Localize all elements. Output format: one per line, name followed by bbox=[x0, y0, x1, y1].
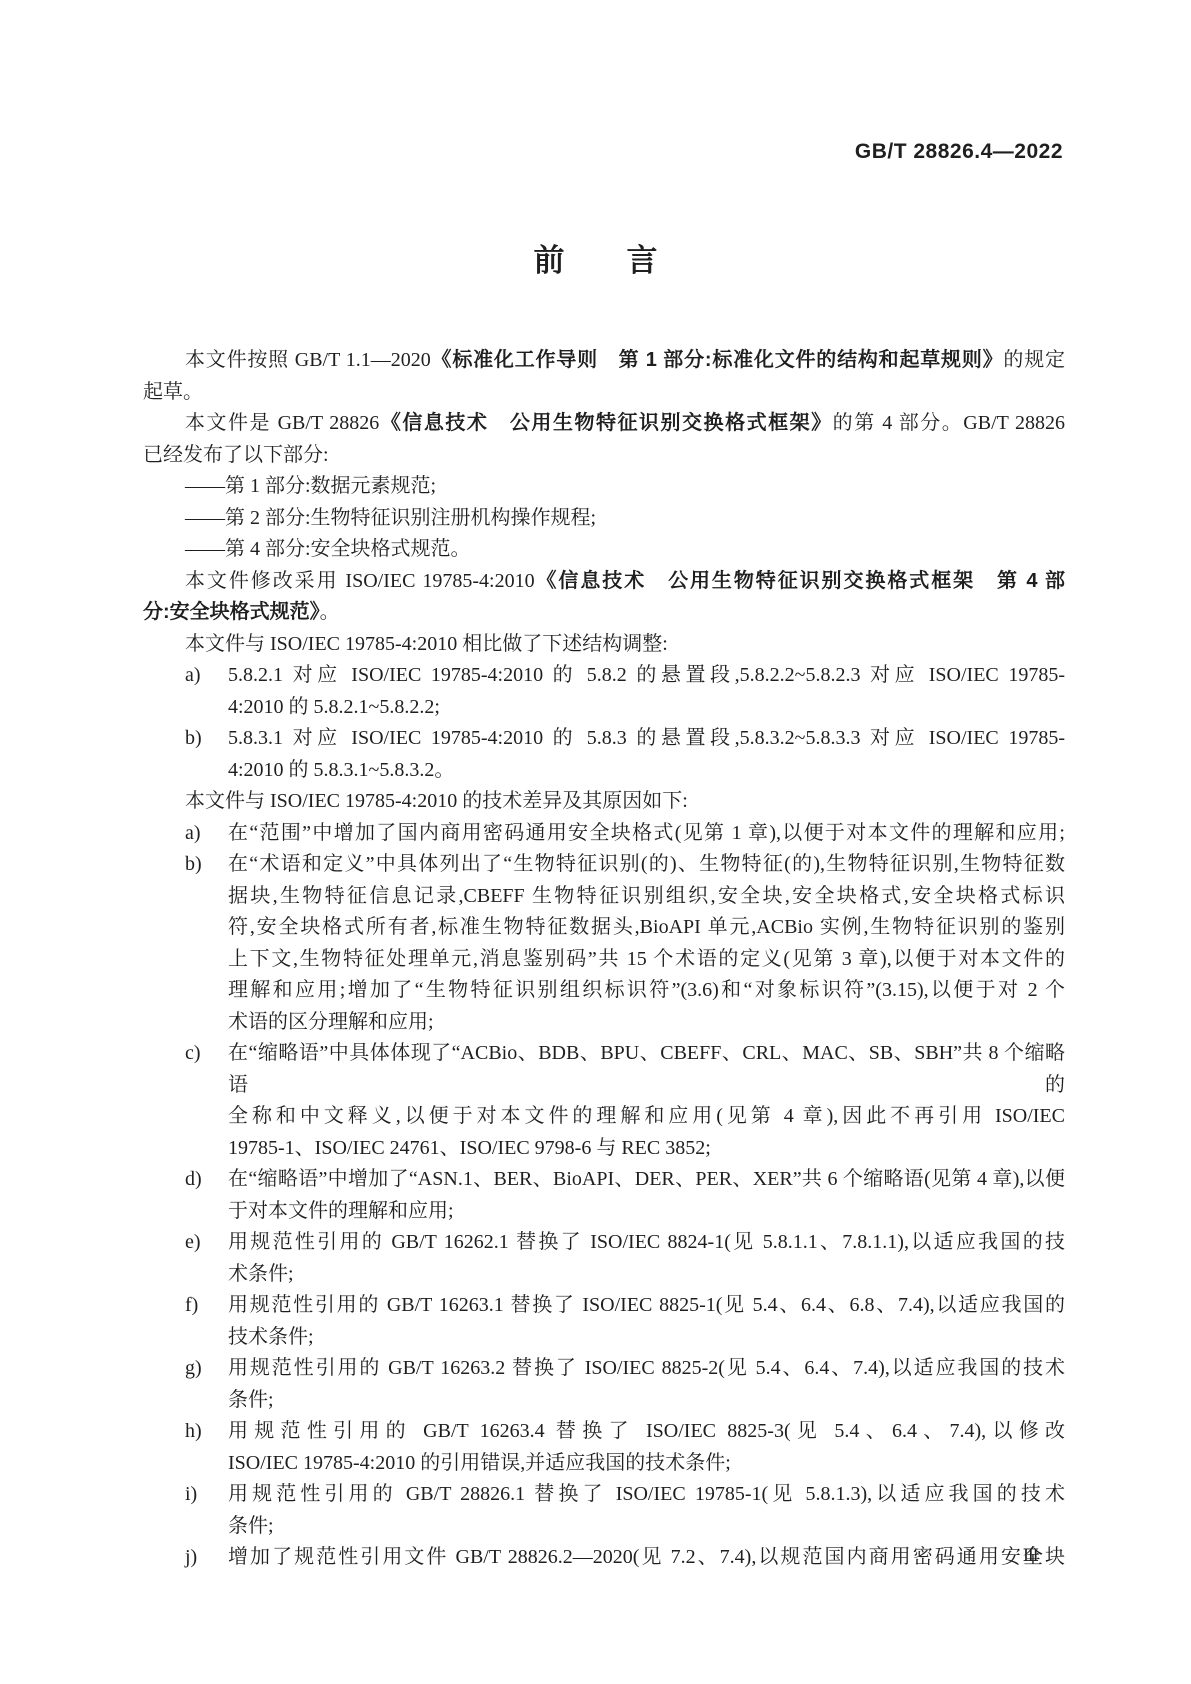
text-line: 理解和应用;增加了“生物特征识别组织标识符”(3.6)和“对象标识符”(3.15… bbox=[228, 975, 1065, 1007]
text-line: 符,安全块格式所有者,标准生物特征数据头,BioAPI 单元,ACBio 实例,… bbox=[228, 912, 1065, 944]
text-segment: 条件; bbox=[228, 1515, 274, 1537]
text-segment: 。 bbox=[320, 601, 340, 623]
cited-standard-title: 《标准化工作导则 第 1 部分:标准化文件的结构和起草规则》 bbox=[431, 349, 1004, 371]
text-segment: 在“缩略语”中具体体现了“ACBio、BDB、BPU、CBEFF、CRL、MAC… bbox=[228, 1042, 1065, 1096]
text-line: 技术条件; bbox=[228, 1322, 1065, 1354]
text-line: 本文件是 GB/T 28826《信息技术 公用生物特征识别交换格式框架》的第 4… bbox=[185, 408, 1065, 440]
list-item-label: e) bbox=[185, 1227, 228, 1259]
text-segment: 用规范性引用的 GB/T 16263.2 替换了 ISO/IEC 8825-2(… bbox=[228, 1357, 1065, 1379]
text-segment: 本文件与 ISO/IEC 19785-4:2010 的技术差异及其原因如下: bbox=[185, 790, 688, 812]
text-segment: 已经发布了以下部分: bbox=[143, 444, 329, 466]
text-segment: 术语的区分理解和应用; bbox=[228, 1011, 434, 1033]
text-line: 本文件与 ISO/IEC 19785-4:2010 的技术差异及其原因如下: bbox=[185, 786, 1065, 818]
text-line: 4:2010 的 5.8.2.1~5.8.2.2; bbox=[228, 692, 1065, 724]
list-item-label: a) bbox=[185, 818, 228, 850]
text-segment: 用规范性引用的 GB/T 16262.1 替换了 ISO/IEC 8824-1(… bbox=[228, 1231, 1065, 1253]
text-segment: 增加了规范性引用文件 GB/T 28826.2—2020(见 7.2、7.4),… bbox=[228, 1546, 1065, 1568]
text-line: 19785-1、ISO/IEC 24761、ISO/IEC 9798-6 与 R… bbox=[228, 1133, 1065, 1165]
text-segment: 4:2010 的 5.8.3.1~5.8.3.2。 bbox=[228, 759, 454, 781]
list-item-text: 用规范性引用的 GB/T 16263.1 替换了 ISO/IEC 8825-1(… bbox=[228, 1290, 1065, 1322]
text-segment: ——第 1 部分:数据元素规范; bbox=[185, 475, 436, 497]
text-segment: ——第 4 部分:安全块格式规范。 bbox=[185, 538, 471, 560]
text-line: a)在“范围”中增加了国内商用密码通用安全块格式(见第 1 章),以便于对本文件… bbox=[185, 818, 1065, 850]
text-segment: 上下文,生物特征处理单元,消息鉴别码”共 15 个术语的定义(见第 3 章),以… bbox=[228, 948, 1065, 970]
text-segment: 技术条件; bbox=[228, 1326, 314, 1348]
text-line: b)5.8.3.1 对应 ISO/IEC 19785-4:2010 的 5.8.… bbox=[185, 723, 1065, 755]
text-segment: 本文件修改采用 ISO/IEC 19785-4:2010 bbox=[185, 570, 535, 592]
text-line: ——第 2 部分:生物特征识别注册机构操作规程; bbox=[185, 503, 1065, 535]
text-segment: 用规范性引用的 GB/T 16263.1 替换了 ISO/IEC 8825-1(… bbox=[228, 1294, 1065, 1316]
text-line: a)5.8.2.1 对应 ISO/IEC 19785-4:2010 的 5.8.… bbox=[185, 660, 1065, 692]
text-segment: 5.8.2.1 对应 ISO/IEC 19785-4:2010 的 5.8.2 … bbox=[228, 664, 1065, 686]
text-segment: 5.8.3.1 对应 ISO/IEC 19785-4:2010 的 5.8.3 … bbox=[228, 727, 1065, 749]
list-item-label: a) bbox=[185, 660, 228, 692]
text-segment: 全称和中文释义,以便于对本文件的理解和应用(见第 4 章),因此不再引用 ISO… bbox=[228, 1105, 1065, 1127]
text-segment: 符,安全块格式所有者,标准生物特征数据头,BioAPI 单元,ACBio 实例,… bbox=[228, 916, 1065, 938]
text-line: 条件; bbox=[228, 1511, 1065, 1543]
text-line: 据块,生物特征信息记录,CBEFF 生物特征识别组织,安全块,安全块格式,安全块… bbox=[228, 881, 1065, 913]
list-item-label: d) bbox=[185, 1164, 228, 1196]
text-segment: 本文件是 GB/T 28826 bbox=[185, 412, 379, 434]
text-segment: 在“术语和定义”中具体列出了“生物特征识别(的)、生物特征(的),生物特征识别,… bbox=[228, 853, 1065, 875]
list-item-text: 用规范性引用的 GB/T 16263.2 替换了 ISO/IEC 8825-2(… bbox=[228, 1353, 1065, 1385]
cited-standard-title: 分:安全块格式规范》 bbox=[143, 601, 320, 623]
text-segment: 于对本文件的理解和应用; bbox=[228, 1200, 454, 1222]
text-line: 上下文,生物特征处理单元,消息鉴别码”共 15 个术语的定义(见第 3 章),以… bbox=[228, 944, 1065, 976]
list-item-text: 在“缩略语”中增加了“ASN.1、BER、BioAPI、DER、PER、XER”… bbox=[228, 1164, 1065, 1196]
list-item-label: j) bbox=[185, 1542, 228, 1574]
list-item-text: 5.8.2.1 对应 ISO/IEC 19785-4:2010 的 5.8.2 … bbox=[228, 660, 1065, 692]
text-line: b)在“术语和定义”中具体列出了“生物特征识别(的)、生物特征(的),生物特征识… bbox=[185, 849, 1065, 881]
list-item-label: i) bbox=[185, 1479, 228, 1511]
text-line: h)用规范性引用的 GB/T 16263.4 替换了 ISO/IEC 8825-… bbox=[185, 1416, 1065, 1448]
text-line: c)在“缩略语”中具体体现了“ACBio、BDB、BPU、CBEFF、CRL、M… bbox=[185, 1038, 1065, 1101]
text-segment: 理解和应用;增加了“生物特征识别组织标识符”(3.6)和“对象标识符”(3.15… bbox=[228, 979, 1065, 1001]
text-segment: ——第 2 部分:生物特征识别注册机构操作规程; bbox=[185, 507, 596, 529]
foreword-lines: 本文件按照 GB/T 1.1—2020《标准化工作导则 第 1 部分:标准化文件… bbox=[143, 345, 1065, 1574]
text-segment: 本文件与 ISO/IEC 19785-4:2010 相比做了下述结构调整: bbox=[185, 633, 668, 655]
document-page: GB/T 28826.4—2022 前 言 本文件按照 GB/T 1.1—202… bbox=[0, 0, 1191, 1684]
text-line: e)用规范性引用的 GB/T 16262.1 替换了 ISO/IEC 8824-… bbox=[185, 1227, 1065, 1259]
doc-number: GB/T 28826.4—2022 bbox=[855, 140, 1063, 164]
text-line: 4:2010 的 5.8.3.1~5.8.3.2。 bbox=[228, 755, 1065, 787]
text-segment: 条件; bbox=[228, 1389, 274, 1411]
text-line: 起草。 bbox=[143, 377, 1065, 409]
text-line: 本文件修改采用 ISO/IEC 19785-4:2010《信息技术 公用生物特征… bbox=[185, 566, 1065, 598]
text-line: ——第 4 部分:安全块格式规范。 bbox=[185, 534, 1065, 566]
text-segment: 起草。 bbox=[143, 381, 203, 403]
text-line: g)用规范性引用的 GB/T 16263.2 替换了 ISO/IEC 8825-… bbox=[185, 1353, 1065, 1385]
text-segment: 在“范围”中增加了国内商用密码通用安全块格式(见第 1 章),以便于对本文件的理… bbox=[228, 822, 1065, 844]
list-item-text: 用规范性引用的 GB/T 16262.1 替换了 ISO/IEC 8824-1(… bbox=[228, 1227, 1065, 1259]
text-line: ISO/IEC 19785-4:2010 的引用错误,并适应我国的技术条件; bbox=[228, 1448, 1065, 1480]
list-item-text: 在“术语和定义”中具体列出了“生物特征识别(的)、生物特征(的),生物特征识别,… bbox=[228, 849, 1065, 881]
text-segment: 本文件按照 GB/T 1.1—2020 bbox=[185, 349, 431, 371]
list-item-text: 用规范性引用的 GB/T 16263.4 替换了 ISO/IEC 8825-3(… bbox=[228, 1416, 1065, 1448]
cited-standard-title: 《信息技术 公用生物特征识别交换格式框架》 bbox=[379, 412, 832, 434]
text-segment: ISO/IEC 19785-4:2010 的引用错误,并适应我国的技术条件; bbox=[228, 1452, 731, 1474]
text-line: 于对本文件的理解和应用; bbox=[228, 1196, 1065, 1228]
list-item-label: c) bbox=[185, 1038, 228, 1101]
text-line: f)用规范性引用的 GB/T 16263.1 替换了 ISO/IEC 8825-… bbox=[185, 1290, 1065, 1322]
text-line: 分:安全块格式规范》。 bbox=[143, 597, 1065, 629]
list-item-text: 增加了规范性引用文件 GB/T 28826.2—2020(见 7.2、7.4),… bbox=[228, 1542, 1065, 1574]
text-line: 全称和中文释义,以便于对本文件的理解和应用(见第 4 章),因此不再引用 ISO… bbox=[228, 1101, 1065, 1133]
text-segment: 的规定 bbox=[1003, 349, 1065, 371]
foreword-body: 本文件按照 GB/T 1.1—2020《标准化工作导则 第 1 部分:标准化文件… bbox=[143, 345, 1065, 1574]
text-segment: 用规范性引用的 GB/T 16263.4 替换了 ISO/IEC 8825-3(… bbox=[228, 1420, 1065, 1442]
text-line: 术条件; bbox=[228, 1259, 1065, 1291]
list-item-label: b) bbox=[185, 723, 228, 755]
list-item-label: b) bbox=[185, 849, 228, 881]
text-line: i)用规范性引用的 GB/T 28826.1 替换了 ISO/IEC 19785… bbox=[185, 1479, 1065, 1511]
text-segment: 4:2010 的 5.8.2.1~5.8.2.2; bbox=[228, 696, 440, 718]
text-line: d)在“缩略语”中增加了“ASN.1、BER、BioAPI、DER、PER、XE… bbox=[185, 1164, 1065, 1196]
text-line: ——第 1 部分:数据元素规范; bbox=[185, 471, 1065, 503]
text-line: 条件; bbox=[228, 1385, 1065, 1417]
text-segment: 在“缩略语”中增加了“ASN.1、BER、BioAPI、DER、PER、XER”… bbox=[228, 1168, 1065, 1190]
list-item-text: 用规范性引用的 GB/T 28826.1 替换了 ISO/IEC 19785-1… bbox=[228, 1479, 1065, 1511]
text-segment: 据块,生物特征信息记录,CBEFF 生物特征识别组织,安全块,安全块格式,安全块… bbox=[228, 885, 1065, 907]
text-line: 本文件与 ISO/IEC 19785-4:2010 相比做了下述结构调整: bbox=[185, 629, 1065, 661]
text-segment: 19785-1、ISO/IEC 24761、ISO/IEC 9798-6 与 R… bbox=[228, 1137, 711, 1159]
text-segment: 术条件; bbox=[228, 1263, 294, 1285]
list-item-text: 5.8.3.1 对应 ISO/IEC 19785-4:2010 的 5.8.3 … bbox=[228, 723, 1065, 755]
cited-standard-title: 《信息技术 公用生物特征识别交换格式框架 第 4 部 bbox=[535, 570, 1065, 592]
list-item-text: 在“范围”中增加了国内商用密码通用安全块格式(见第 1 章),以便于对本文件的理… bbox=[228, 818, 1065, 850]
page-title: 前 言 bbox=[0, 243, 1191, 279]
text-line: 已经发布了以下部分: bbox=[143, 440, 1065, 472]
text-line: 术语的区分理解和应用; bbox=[228, 1007, 1065, 1039]
text-segment: 用规范性引用的 GB/T 28826.1 替换了 ISO/IEC 19785-1… bbox=[228, 1483, 1065, 1505]
text-segment: 的第 4 部分。GB/T 28826 bbox=[833, 412, 1065, 434]
text-line: 本文件按照 GB/T 1.1—2020《标准化工作导则 第 1 部分:标准化文件… bbox=[185, 345, 1065, 377]
list-item-text: 在“缩略语”中具体体现了“ACBio、BDB、BPU、CBEFF、CRL、MAC… bbox=[228, 1038, 1065, 1101]
list-item-label: g) bbox=[185, 1353, 228, 1385]
page-number: Ⅲ bbox=[1023, 1546, 1039, 1566]
list-item-label: f) bbox=[185, 1290, 228, 1322]
text-line: j)增加了规范性引用文件 GB/T 28826.2—2020(见 7.2、7.4… bbox=[185, 1542, 1065, 1574]
list-item-label: h) bbox=[185, 1416, 228, 1448]
